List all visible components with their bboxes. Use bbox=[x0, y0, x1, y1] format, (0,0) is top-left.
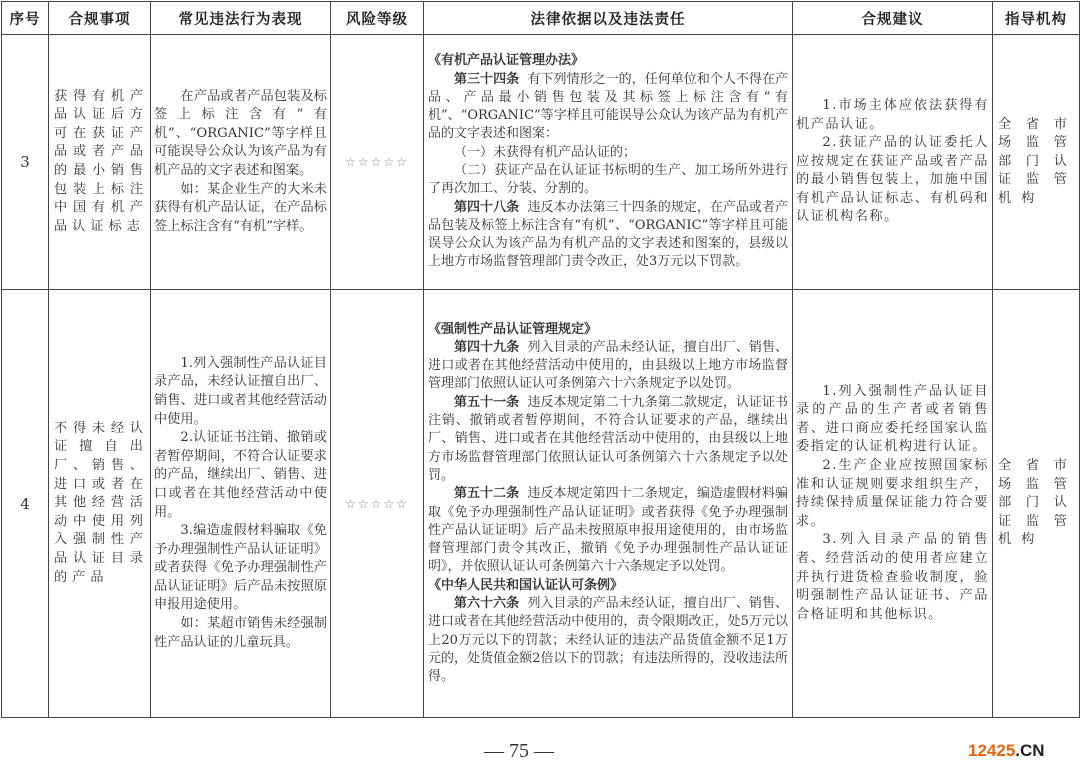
advice-item: 2.生产企业应按照国家标准和认证规则要求组织生产，持续保持质量保证能力符合要求。 bbox=[796, 457, 989, 531]
advice-item: 1.列入强制性产品认证目录的产品的生产者或者销售者、进口商应委托经国家认监委指定… bbox=[796, 383, 989, 457]
advice-cell: 1.列入强制性产品认证目录的产品的生产者或者销售者、进口商应委托经国家认监委指定… bbox=[793, 290, 993, 718]
org-cell: 全省市场监管部门认证监管机构 bbox=[993, 290, 1080, 718]
behavior-example: 如：某企业生产的大米未获得有机产品认证，在产品标签上标注含有“有机”字样。 bbox=[154, 181, 327, 237]
table-row: 4 不得未经认证擅自出厂、销售、进口或者在其他经营活动中使用列入强制性产品认证目… bbox=[2, 290, 1080, 718]
page-number: — 75 — bbox=[484, 740, 554, 763]
header-law: 法律依据以及违法责任 bbox=[424, 2, 793, 35]
law-title: 《强制性产品认证管理规定》 bbox=[428, 321, 788, 339]
watermark-logo: 12425.CN bbox=[968, 741, 1045, 761]
table-row: 3 获得有机产品认证后方可在获证产品或者产品的最小销售包装上标注中国有机产品认证… bbox=[2, 35, 1080, 290]
law-article: 第四十九条 列入目录的产品未经认证，擅自出厂、销售、进口或者在其他经营活动中使用… bbox=[428, 339, 788, 394]
behavior-text: 2.认证证书注销、撤销或者暂停期间，不符合认证要求的产品，继续出厂、销售、进口或… bbox=[154, 429, 327, 522]
guiding-org: 全省市场监管部门认证监管机构 bbox=[993, 457, 1079, 550]
behavior-text: 在产品或者产品包装及标签上标注含有“有机”、“ORGANIC”等字样且可能误导公… bbox=[154, 88, 327, 181]
advice-item: 1.市场主体应依法获得有机产品认证。 bbox=[796, 97, 989, 134]
compliance-item: 获得有机产品认证后方可在获证产品或者产品的最小销售包装上标注中国有机产品认证标志 bbox=[49, 88, 150, 237]
law-clause: （二）获证产品在认证证书标明的生产、加工场所外进行了再次加工、分装、分割的。 bbox=[428, 162, 788, 199]
regulation-table: 序号 合规事项 常见违法行为表现 风险等级 法律依据以及违法责任 合规建议 指导… bbox=[1, 1, 1080, 718]
law-article: 第三十四条 有下列情形之一的，任何单位和个人不得在产品、产品最小销售包装及其标签… bbox=[428, 71, 788, 144]
advice-cell: 1.市场主体应依法获得有机产品认证。 2.获证产品的认证委托人应按规定在获证产品… bbox=[793, 35, 993, 290]
law-article: 第五十二条 违反本规定第四十二条规定，编造虚假材料骗取《免予办理强制性产品认证证… bbox=[428, 485, 788, 576]
compliance-item-cell: 获得有机产品认证后方可在获证产品或者产品的最小销售包装上标注中国有机产品认证标志 bbox=[49, 35, 151, 290]
behavior-text: 3.编造虚假材料骗取《免予办理强制性产品认证证明》或者获得《免予办理强制性产品认… bbox=[154, 522, 327, 615]
compliance-item: 不得未经认证擅自出厂、销售、进口或者在其他经营活动中使用列入强制性产品认证目录的… bbox=[49, 420, 150, 587]
law-article: 第五十一条 违反本规定第二十九条第二款规定，认证证书注销、撤销或者暂停期间，不符… bbox=[428, 394, 788, 485]
advice-item: 3.列入目录产品的销售者、经营活动的使用者应建立并执行进货检查验收制度，验明强制… bbox=[796, 531, 989, 624]
guiding-org: 全省市场监管部门认证监管机构 bbox=[993, 116, 1079, 209]
law-title: 《中华人民共和国认证认可条例》 bbox=[428, 577, 788, 595]
header-org: 指导机构 bbox=[993, 2, 1080, 35]
header-item: 合规事项 bbox=[49, 2, 151, 35]
behaviors-cell: 1.列入强制性产品认证目录产品，未经认证擅自出厂、销售、进口或者其他经营活动中使… bbox=[151, 290, 331, 718]
risk-level-stars-icon: ☆☆☆☆☆ bbox=[331, 290, 424, 718]
law-title: 《有机产品认证管理办法》 bbox=[428, 52, 788, 70]
compliance-item-cell: 不得未经认证擅自出厂、销售、进口或者在其他经营活动中使用列入强制性产品认证目录的… bbox=[49, 290, 151, 718]
table-header-row: 序号 合规事项 常见违法行为表现 风险等级 法律依据以及违法责任 合规建议 指导… bbox=[2, 2, 1080, 35]
law-article: 第四十八条 违反本办法第三十四条的规定，在产品或者产品包装及标签上标注含有“有机… bbox=[428, 199, 788, 272]
header-advice: 合规建议 bbox=[793, 2, 993, 35]
row-index: 4 bbox=[2, 290, 49, 718]
law-article: 第六十六条 列入目录的产品未经认证，擅自出厂、销售、进口或者在其他经营活动中使用… bbox=[428, 595, 788, 686]
header-risk: 风险等级 bbox=[331, 2, 424, 35]
row-index: 3 bbox=[2, 35, 49, 290]
org-cell: 全省市场监管部门认证监管机构 bbox=[993, 35, 1080, 290]
risk-level-stars-icon: ☆☆☆☆☆ bbox=[331, 35, 424, 290]
law-cell: 《强制性产品认证管理规定》 第四十九条 列入目录的产品未经认证，擅自出厂、销售、… bbox=[424, 290, 793, 718]
behavior-text: 1.列入强制性产品认证目录产品，未经认证擅自出厂、销售、进口或者其他经营活动中使… bbox=[154, 355, 327, 429]
behavior-example: 如：某超市销售未经强制性产品认证的儿童玩具。 bbox=[154, 615, 327, 652]
header-behaviors: 常见违法行为表现 bbox=[151, 2, 331, 35]
law-clause: （一）未获得有机产品认证的； bbox=[428, 144, 788, 162]
advice-item: 2.获证产品的认证委托人应按规定在获证产品或者产品的最小销售包装上，加施中国有机… bbox=[796, 134, 989, 227]
header-index: 序号 bbox=[2, 2, 49, 35]
behaviors-cell: 在产品或者产品包装及标签上标注含有“有机”、“ORGANIC”等字样且可能误导公… bbox=[151, 35, 331, 290]
law-cell: 《有机产品认证管理办法》 第三十四条 有下列情形之一的，任何单位和个人不得在产品… bbox=[424, 35, 793, 290]
